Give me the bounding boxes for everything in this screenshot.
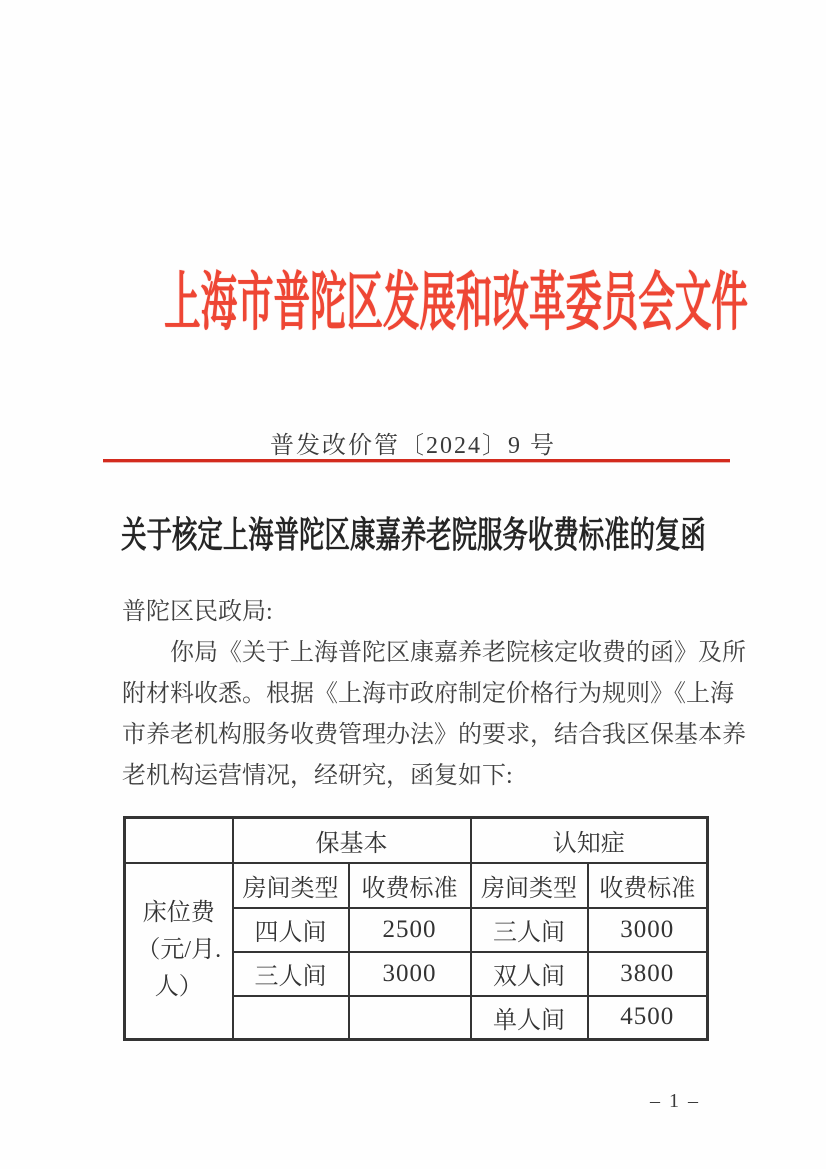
table-corner-cell	[125, 818, 233, 863]
body-line: 你局《关于上海普陀区康嘉养老院核定收费的函》及所	[122, 633, 754, 674]
table-cell-fee: 3000	[349, 952, 471, 996]
row-label-bed-fee: 床位费 （元/月. 人）	[125, 863, 233, 1040]
body-line: 附材料收悉。根据《上海市政府制定价格行为规则》《上海	[122, 674, 754, 715]
row-label-line: （元/月.	[126, 932, 232, 969]
table-cell-room-type: 单人间	[471, 996, 588, 1040]
body-line: 市养老机构服务收费管理办法》的要求，结合我区保基本养	[122, 715, 754, 756]
document-page: 上海市普陀区发展和改革委员会文件 普发改价管〔2024〕9 号 关于核定上海普陀…	[0, 0, 826, 1169]
group-header-renzhizheng: 认知症	[471, 818, 708, 863]
fee-table: 保基本 认知症 床位费 （元/月. 人） 房间类型 收费标准 房间类型 收费标准…	[123, 816, 709, 1041]
salutation: 普陀区民政局:	[122, 592, 754, 633]
table-cell-fee: 3000	[588, 908, 708, 952]
table-cell-fee: 4500	[588, 996, 708, 1040]
column-header: 收费标准	[349, 863, 471, 908]
red-divider-rule	[103, 459, 730, 462]
agency-header: 上海市普陀区发展和改革委员会文件	[0, 256, 826, 338]
row-label-line: 人）	[126, 969, 232, 1006]
letter-body: 普陀区民政局: 你局《关于上海普陀区康嘉养老院核定收费的函》及所 附材料收悉。根…	[122, 592, 754, 797]
column-header: 房间类型	[233, 863, 349, 908]
column-header: 收费标准	[588, 863, 708, 908]
table-cell-fee	[349, 996, 471, 1040]
table-cell-room-type: 双人间	[471, 952, 588, 996]
table-cell-fee: 2500	[349, 908, 471, 952]
group-header-baojiben: 保基本	[233, 818, 471, 863]
table-cell-fee: 3800	[588, 952, 708, 996]
column-header: 房间类型	[471, 863, 588, 908]
table-cell-room-type: 四人间	[233, 908, 349, 952]
table-cell-room-type: 三人间	[233, 952, 349, 996]
table-cell-room-type	[233, 996, 349, 1040]
body-line: 老机构运营情况，经研究，函复如下:	[122, 756, 754, 797]
table-cell-room-type: 三人间	[471, 908, 588, 952]
document-title: 关于核定上海普陀区康嘉养老院服务收费标准的复函	[0, 509, 826, 554]
row-label-line: 床位费	[126, 895, 232, 932]
page-number: – 1 –	[650, 1090, 700, 1113]
document-title-text: 关于核定上海普陀区康嘉养老院服务收费标准的复函	[121, 506, 706, 558]
agency-header-title: 上海市普陀区发展和改革委员会文件	[164, 251, 748, 343]
doc-number: 普发改价管〔2024〕9 号	[0, 433, 826, 459]
